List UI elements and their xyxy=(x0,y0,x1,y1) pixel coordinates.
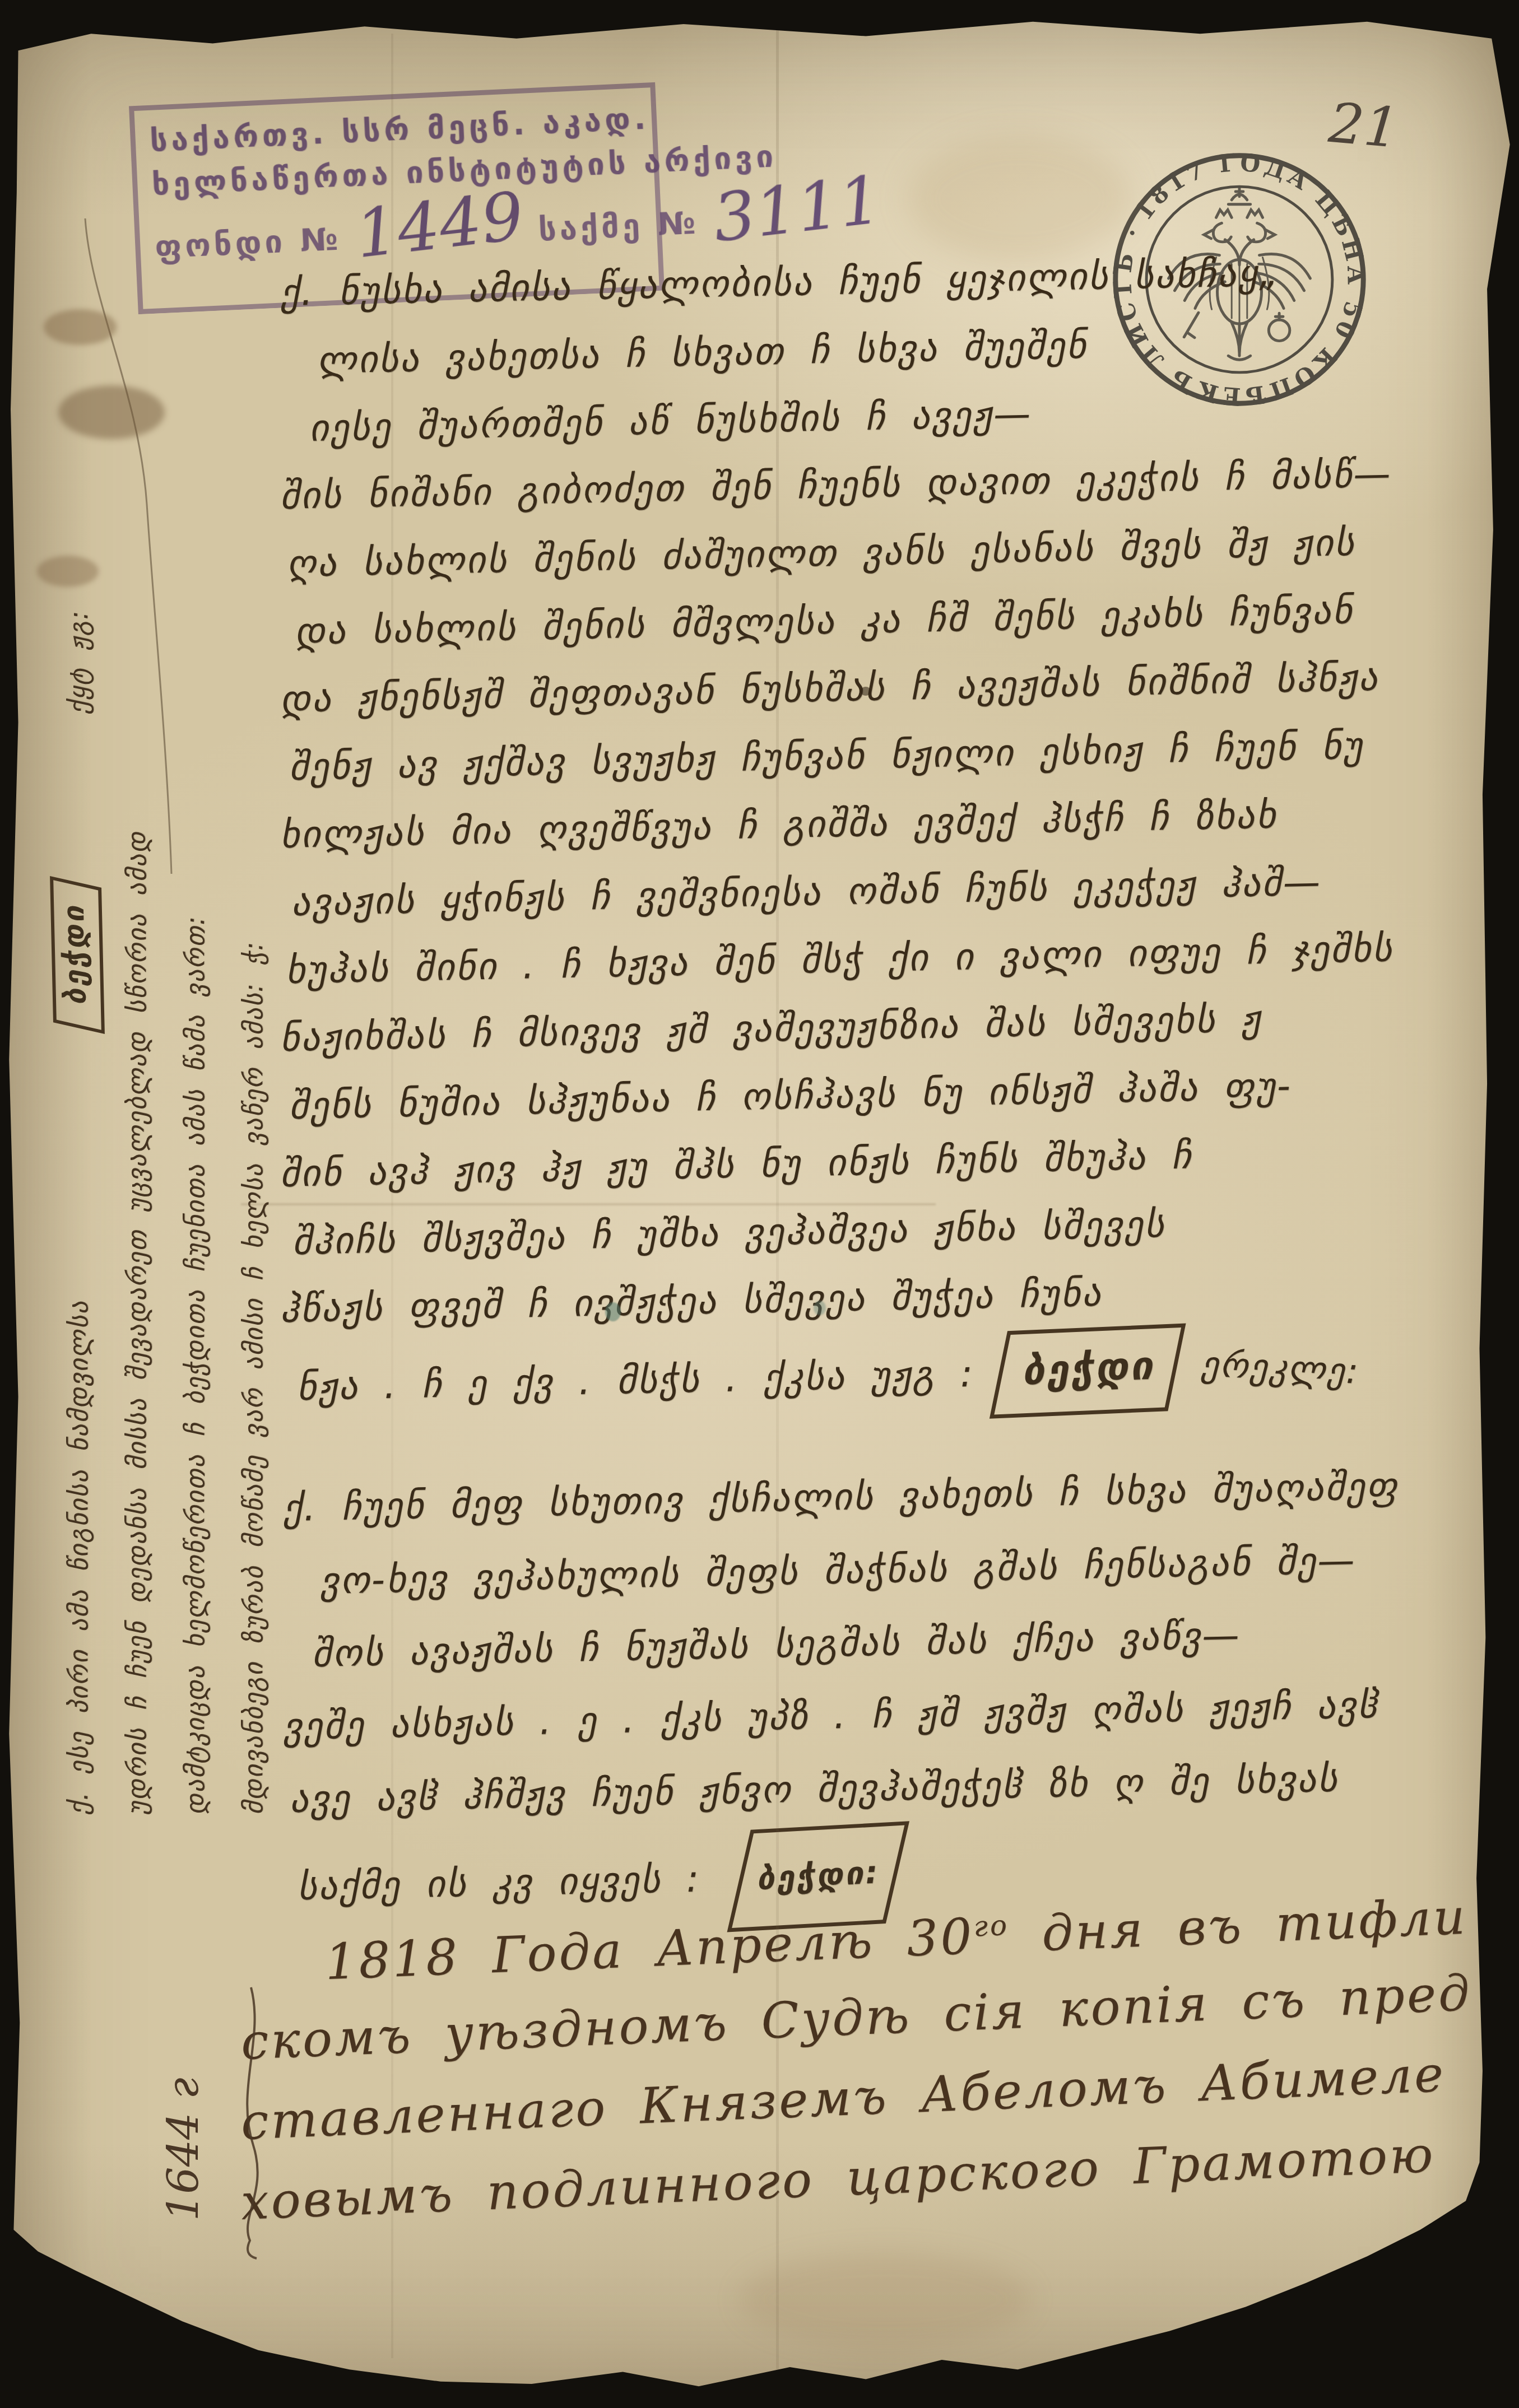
case-number-sign: № xyxy=(657,205,699,243)
marginal-certification-note: ქ. ესე პირი ამა წიგნისა ნამდვილსა ქყტ ჟგ… xyxy=(49,555,296,1815)
ordinal-superscript: го xyxy=(973,1909,1010,1943)
archive-number-vertical: 1644 г xyxy=(158,1997,208,2221)
royal-signature: ერეკლე: xyxy=(1200,1329,1362,1405)
brown-stain xyxy=(58,385,165,439)
fond-number-sign: № xyxy=(299,221,342,259)
fond-label: ფონდი xyxy=(154,223,286,266)
seal-place-label: ბეჭდი xyxy=(1021,1332,1156,1405)
seal-place-box: ბეჭდი xyxy=(990,1324,1186,1419)
brown-stain xyxy=(44,309,117,345)
manuscript-page: საქართვ. სსრ მეცნ. აკად. ხელნაწერთა ინსტ… xyxy=(0,0,1519,2408)
russian-certification-note: 1818 Года Апрелѣ 30го дня въ тифли скомъ… xyxy=(241,1913,1496,2242)
georgian-paragraph-1: ქ. ნუსხა ამისა წყალობისა ჩუენ ყეჯილის სა… xyxy=(280,259,1502,1431)
soft-discoloration xyxy=(740,2252,1031,2347)
margin-line: უდრის ჩ ჩუენ დედანსა მისსა შევადარეთ უცვ… xyxy=(108,555,166,1815)
margin-line: ქ. ესე პირი ამა წიგნისა ნამდვილსა ქყტ ჟგ… xyxy=(49,555,108,1815)
russian-line-text: дня въ тифли xyxy=(1008,1888,1468,1964)
case-label: საქმე xyxy=(538,207,644,248)
case-number-handwritten: 3111 xyxy=(710,171,884,246)
georgian-paragraph-2: ქ. ჩუენ მეფ სხუთივ ქსჩალის ვახეთს ჩ სხვა… xyxy=(283,1472,1504,1938)
photograph-background: საქართვ. სსრ მეცნ. აკად. ხელნაწერთა ინსტ… xyxy=(0,0,1519,2408)
fond-number-handwritten: 1449 xyxy=(352,188,526,263)
margin-line: მდივანბეგი ზურაბ მოწამე ვარ ამისი ჩ ხელს… xyxy=(224,555,282,1815)
margin-seal-place-box: ბეჭდი xyxy=(50,876,105,1034)
margin-line-text: ქ. ესე პირი ამა წიგნისა ნამდვილსა xyxy=(63,1300,94,1815)
margin-seal-place-label: ბეჭდი xyxy=(57,903,93,1005)
margin-line: დამტკიცდა ხელმოწერითა ჩ ბეჭდითა ჩუენითა … xyxy=(166,555,224,1815)
margin-line-tail: ქყტ ჟგ: xyxy=(49,610,108,714)
line-text: ნჟა . ჩ ე ქვ . მსჭს . ქკსა უჟგ : xyxy=(296,1339,975,1420)
